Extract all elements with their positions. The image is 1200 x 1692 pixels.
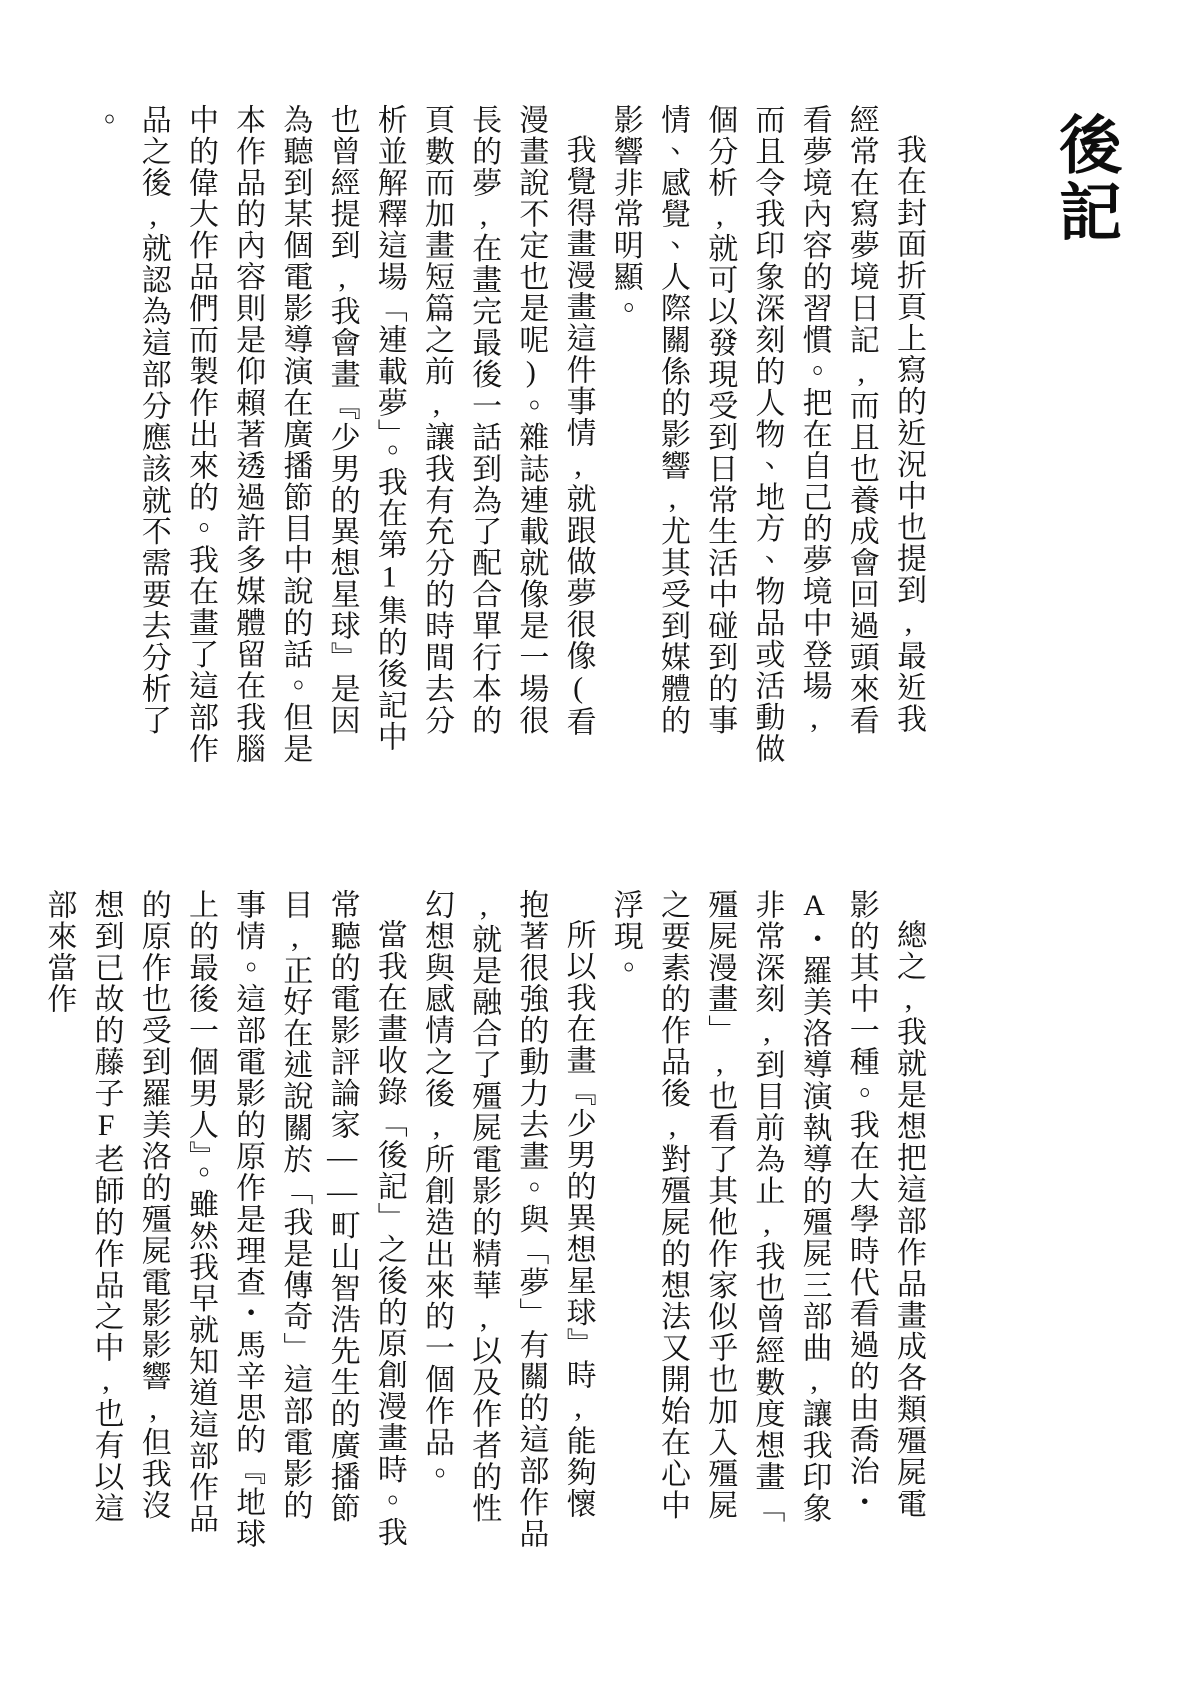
afterword-page: 後記 我在封面折頁上寫的近況中也提到,最近我經常在寫夢境日記,而且也養成會回過頭… (0, 0, 1200, 1692)
paragraph: 所以我在畫『少男的異想星球』時,能夠懷抱著很強的動力去畫。與「夢」有關的這部作品… (413, 889, 602, 1550)
paragraph: 我在封面折頁上寫的近況中也提到,最近我經常在寫夢境日記,而且也養成會回過頭來看看… (602, 104, 932, 765)
paragraph: 總之,我就是想把這部作品畫成各類殭屍電影的其中一種。我在大學時代看過的由喬治・A… (602, 889, 932, 1550)
paragraph: 當我在畫收錄「後記」之後的原創漫畫時。我常聽的電影評論家——町山智浩先生的廣播節… (35, 889, 413, 1550)
page-title: 後記 (1053, 112, 1116, 246)
afterword-section-2: 總之,我就是想把這部作品畫成各類殭屍電影的其中一種。我在大學時代看過的由喬治・A… (126, 889, 932, 1550)
paragraph: 我覺得畫漫畫這件事情,就跟做夢很像(看漫畫說不定也是呢)。雜誌連載就像是一場很長… (82, 104, 601, 765)
afterword-section-1: 我在封面折頁上寫的近況中也提到,最近我經常在寫夢境日記,而且也養成會回過頭來看看… (126, 104, 932, 765)
